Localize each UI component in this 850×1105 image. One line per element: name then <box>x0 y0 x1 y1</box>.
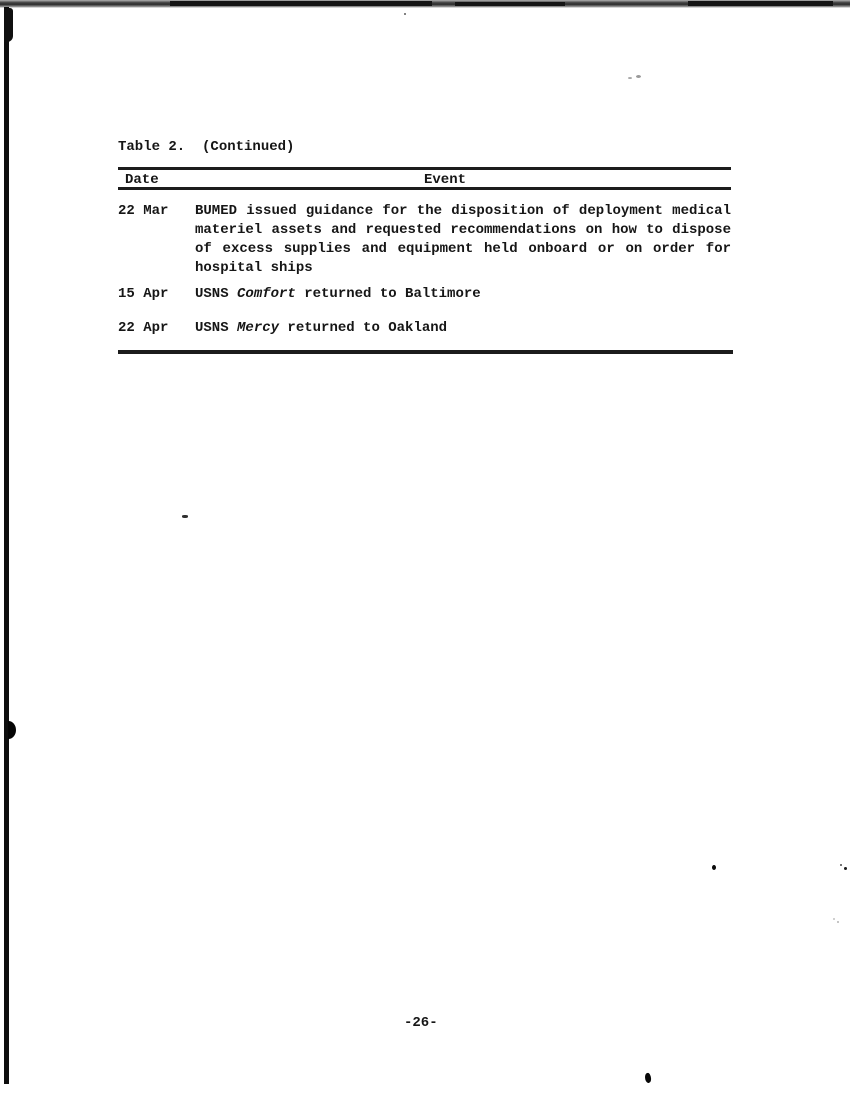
table-title: Table 2. (Continued) <box>118 138 294 157</box>
scan-speck <box>840 864 842 866</box>
table-rule-bottom <box>118 350 733 354</box>
scan-speck <box>712 865 716 870</box>
date-cell: 15 Apr <box>118 285 195 304</box>
scan-speck <box>182 515 188 518</box>
scan-corner-blot <box>4 8 13 42</box>
document-page: Table 2. (Continued) Date Event 22 Mar B… <box>0 0 850 1105</box>
event-cell: USNS Mercy returned to Oakland <box>195 319 731 338</box>
event-text: USNS <box>195 320 237 336</box>
scan-speck <box>833 918 835 920</box>
ship-name: Comfort <box>237 286 296 302</box>
scan-edge-top-dark-segment <box>170 1 432 6</box>
scan-edge-top-dark-segment <box>688 1 833 6</box>
scan-ink-blot <box>8 721 16 739</box>
scan-edge-left <box>4 7 9 1084</box>
date-cell: 22 Mar <box>118 202 195 221</box>
scan-speck <box>636 75 641 78</box>
ship-name: Mercy <box>237 320 279 336</box>
event-text: USNS <box>195 286 237 302</box>
date-cell: 22 Apr <box>118 319 195 338</box>
scan-speck <box>837 921 839 923</box>
event-cell: USNS Comfort returned to Baltimore <box>195 285 731 304</box>
event-text: returned to Baltimore <box>296 286 481 302</box>
scan-edge-top-dark-segment <box>455 2 565 6</box>
scan-speck <box>644 1072 652 1083</box>
table-rule-top <box>118 167 731 170</box>
event-text: returned to Oakland <box>279 320 447 336</box>
table-row: 22 Apr USNS Mercy returned to Oakland <box>118 319 731 338</box>
scan-edge-top <box>0 0 850 8</box>
scan-speck <box>628 77 632 79</box>
table-rule-header-bottom <box>118 187 731 190</box>
page-number: -26- <box>404 1014 438 1033</box>
table-row: 22 Mar BUMED issued guidance for the dis… <box>118 202 731 278</box>
table-row: 15 Apr USNS Comfort returned to Baltimor… <box>118 285 731 304</box>
scan-speck <box>844 867 847 870</box>
scan-speck <box>404 13 406 15</box>
event-cell: BUMED issued guidance for the dispositio… <box>195 202 731 278</box>
